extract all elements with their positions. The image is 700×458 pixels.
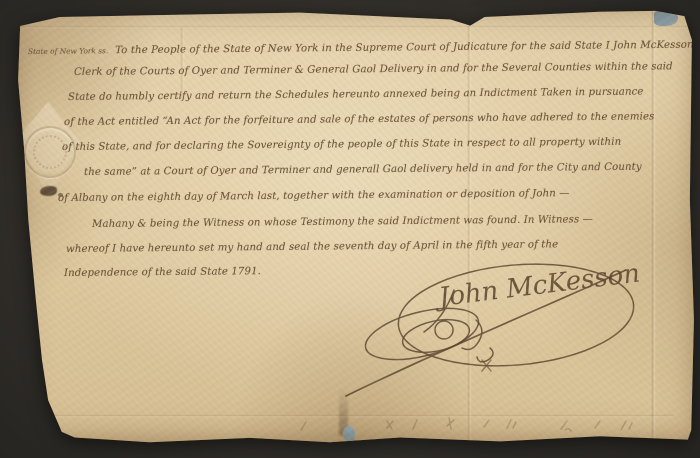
bleed-mark xyxy=(621,421,632,430)
bleed-mark xyxy=(413,420,417,429)
photo-backdrop: State of New York ss.To the People of th… xyxy=(0,0,700,458)
marginalia-state-of-new-york: State of New York ss. xyxy=(28,46,108,56)
document-line: Clerk of the Courts of Oyer and Terminer… xyxy=(74,61,673,78)
bleed-mark xyxy=(387,421,393,429)
bleed-mark xyxy=(484,420,489,427)
bleed-through-marks xyxy=(279,410,659,442)
bleed-mark xyxy=(561,421,571,431)
fold-crease xyxy=(14,25,696,29)
document-line: the same” at a Court of Oyer and Termine… xyxy=(84,162,642,178)
ink-blot xyxy=(40,186,57,196)
document-line: whereof I have hereunto set my hand and … xyxy=(66,239,558,255)
bleed-mark xyxy=(447,418,454,429)
blue-residue-mark xyxy=(343,426,355,442)
document-line: State of New York ss.To the People of th… xyxy=(28,40,694,57)
document-line: Independence of the said State 1791. xyxy=(64,266,261,279)
document-line: Mahany & being the Witness on whose Test… xyxy=(92,214,593,230)
paper-sheet: State of New York ss.To the People of th… xyxy=(14,10,696,444)
document-line: of the Act entitled “An Act for the forf… xyxy=(64,111,655,128)
bleed-mark xyxy=(595,421,600,428)
document-line: of Albany on the eighth day of March las… xyxy=(58,188,570,204)
blue-residue-mark xyxy=(654,11,678,26)
signature-flourish: John McKesson xyxy=(294,260,674,430)
signature-loop xyxy=(435,321,453,339)
document-line: of this State, and for declaring the Sov… xyxy=(62,137,621,153)
document-line: State do humbly certify and return the S… xyxy=(68,86,644,103)
fold-crease xyxy=(180,28,185,98)
bleed-mark xyxy=(507,420,516,428)
signature-name: John McKesson xyxy=(432,259,641,314)
document-page-wrap: State of New York ss.To the People of th… xyxy=(0,0,700,458)
document-line-text: To the People of the State of New York i… xyxy=(115,40,694,57)
bleed-mark xyxy=(301,422,306,430)
